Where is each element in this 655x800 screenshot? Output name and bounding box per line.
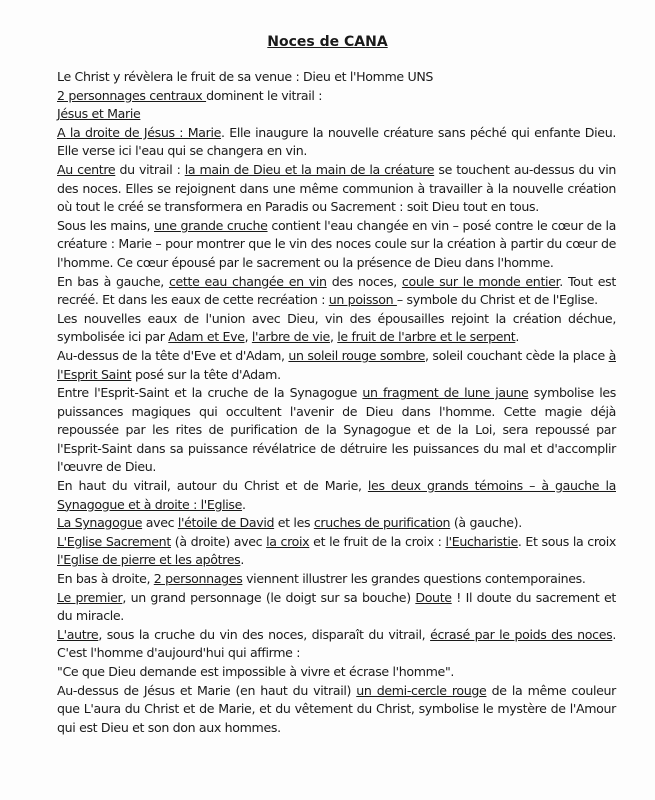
underlined-text: 2 personnages [154,571,243,586]
paragraph: L'autre, sous la cruche du vin des noces… [57,626,616,663]
underlined-text: la main de Dieu et la main de la créatur… [185,162,434,177]
text: . [242,497,246,512]
page-title: Noces de CANA [0,34,655,50]
text: viennent illustrer les grandes questions… [242,571,585,586]
paragraph: Au-dessus de Jésus et Marie (en haut du … [57,682,616,738]
underlined-text: un poisson [329,292,397,307]
text: (à gauche). [450,515,522,530]
paragraph: En haut du vitrail, autour du Christ et … [57,477,616,514]
text: et les [274,515,314,530]
paragraph: L'Eglise Sacrement (à droite) avec la cr… [57,533,616,570]
underlined-text: L'Eglise Sacrement [57,534,171,549]
paragraph: Le Christ y révèlera le fruit de sa venu… [57,68,616,87]
paragraph: Sous les mains, une grande cruche contie… [57,217,616,273]
text: En bas à droite, [57,571,154,586]
text: , [245,329,252,344]
paragraph: En bas à gauche, cette eau changée en vi… [57,273,616,310]
document-body: Le Christ y révèlera le fruit de sa venu… [57,68,616,737]
underlined-text: 2 personnages centraux [57,88,206,103]
paragraph: Les nouvelles eaux de l'union avec Dieu,… [57,310,616,347]
paragraph: Jésus et Marie [57,105,616,124]
text: (à droite) avec [171,534,266,549]
underlined-text: La Synagogue [57,515,142,530]
text: . Et sous la croix [518,534,616,549]
underlined-text: Doute [415,590,451,605]
text: avec [142,515,178,530]
paragraph: Le premier, un grand personnage (le doig… [57,589,616,626]
text: En haut du vitrail, autour du Christ et … [57,478,368,493]
underlined-text: un fragment de lune jaune [362,385,528,400]
text: Sous les mains, [57,218,154,233]
text: Le Christ y révèlera le fruit de sa venu… [57,69,433,84]
text: , soleil couchant cède la place [425,348,609,363]
text: , un grand personnage (le doigt sur sa b… [122,590,415,605]
text: Au-dessus de Jésus et Marie (en haut du … [57,683,356,698]
underlined-text: coule sur le monde entier [402,274,559,289]
text: Entre l'Esprit-Saint et la cruche de la … [57,385,362,400]
paragraph: 2 personnages centraux dominent le vitra… [57,87,616,106]
paragraph: Entre l'Esprit-Saint et la cruche de la … [57,384,616,477]
paragraph: En bas à droite, 2 personnages viennent … [57,570,616,589]
underlined-text: la croix [266,534,309,549]
text: dominent le vitrail : [206,88,322,103]
underlined-text: l'arbre de vie [252,329,330,344]
underlined-text: un soleil rouge sombre [288,348,425,363]
paragraph: La Synagogue avec l'étoile de David et l… [57,514,616,533]
underlined-text: Au centre [57,162,115,177]
paragraph: "Ce que Dieu demande est impossible à vi… [57,663,616,682]
underlined-text: l'Eglise de pierre et les apôtres [57,552,240,567]
text: . [515,329,519,344]
text: En bas à gauche, [57,274,169,289]
text: et le fruit de la croix : [309,534,445,549]
text: . [240,552,244,567]
text: Au-dessus de la tête d'Eve et d'Adam, [57,348,288,363]
text: "Ce que Dieu demande est impossible à vi… [57,664,454,679]
underlined-text: A la droite de Jésus : Marie [57,125,221,140]
underlined-text: l'étoile de David [178,515,274,530]
paragraph: Au-dessus de la tête d'Eve et d'Adam, un… [57,347,616,384]
underlined-text: L'autre [57,627,98,642]
text: – symbole du Christ et de l'Eglise. [397,292,598,307]
text: , sous la cruche du vin des noces, dispa… [98,627,430,642]
underlined-text: écrasé par le poids des noces [430,627,612,642]
underlined-text: l'Eucharistie [445,534,517,549]
underlined-text: le fruit de l'arbre et le serpent [337,329,515,344]
underlined-text: Adam et Eve [168,329,244,344]
text: du vitrail : [115,162,184,177]
underlined-text: Le premier [57,590,122,605]
paragraph: A la droite de Jésus : Marie. Elle inaug… [57,124,616,161]
underlined-text: Jésus et Marie [57,106,140,121]
underlined-text: une grande cruche [154,218,267,233]
underlined-text: cette eau changée en vin [169,274,327,289]
underlined-text: cruches de purification [314,515,450,530]
paragraph: Au centre du vitrail : la main de Dieu e… [57,161,616,217]
text: posé sur la tête d'Adam. [131,367,280,382]
underlined-text: un demi-cercle rouge [356,683,486,698]
text: des noces, [327,274,402,289]
